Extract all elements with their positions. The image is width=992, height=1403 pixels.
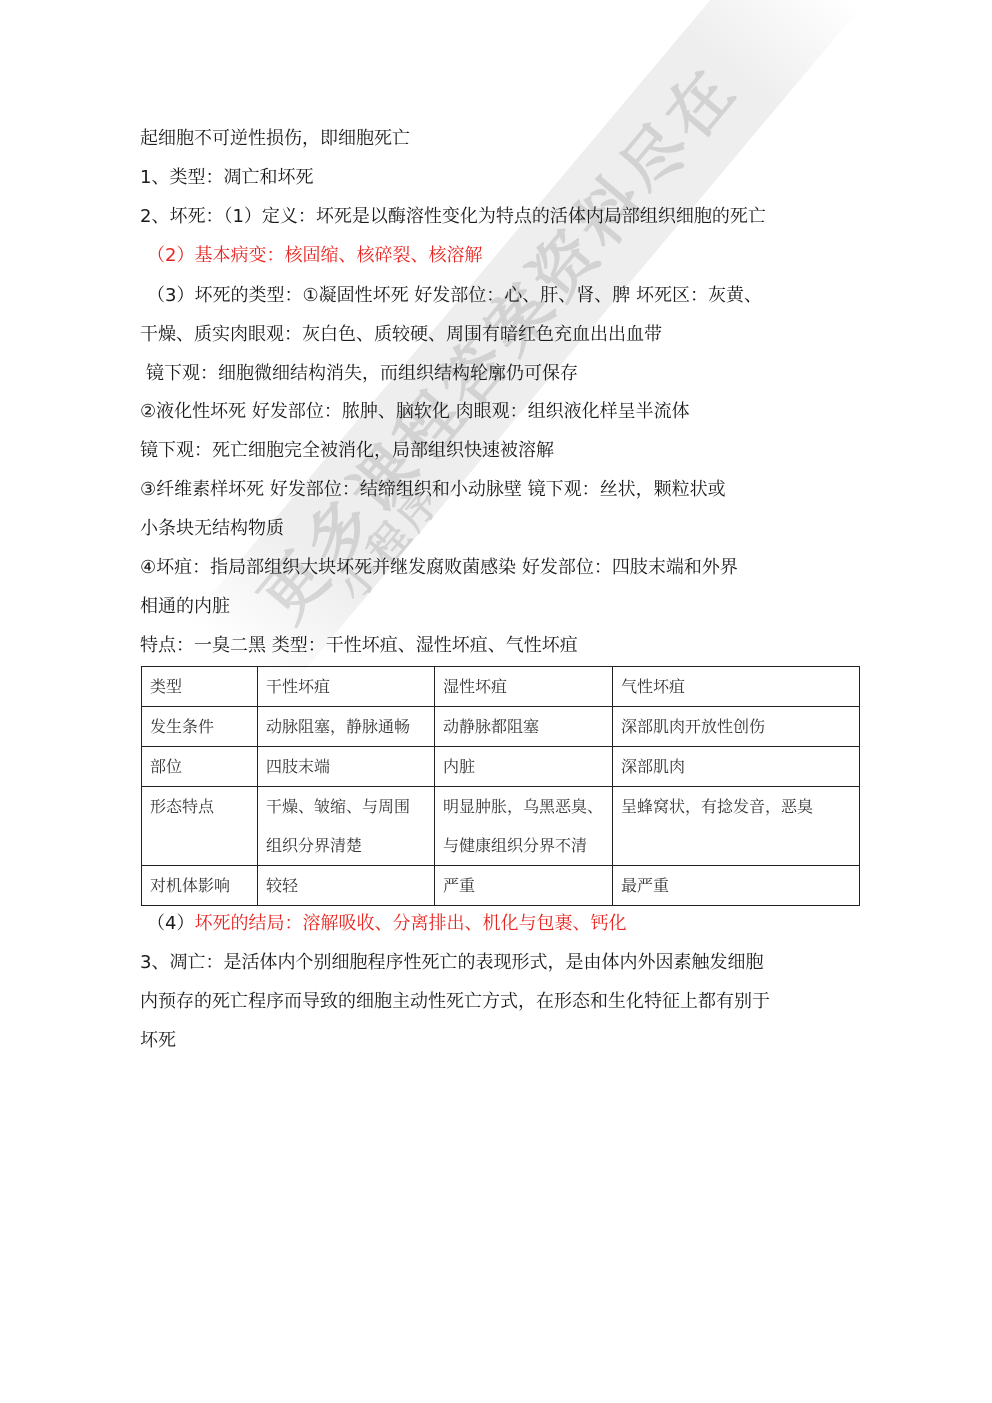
cell-line: 与健康组织分界不清	[443, 826, 604, 865]
text-line: 相通的内脏	[140, 594, 230, 620]
text-line: 特点：一臭二黑 类型：干性坏疽、湿性坏疽、气性坏疽	[140, 633, 578, 659]
table-cell: 发生条件	[142, 707, 258, 747]
outcome-prefix: （4）	[147, 913, 194, 934]
table-row: 形态特点 干燥、皱缩、与周围 组织分界清楚 明显肿胀，乌黑恶臭、 与健康组织分界…	[142, 787, 860, 866]
table-cell: 干性坏疽	[258, 667, 435, 707]
gangrene-table: 类型 干性坏疽 湿性坏疽 气性坏疽 发生条件 动脉阻塞，静脉通畅 动静脉都阻塞 …	[141, 666, 860, 906]
table-cell: 深部肌肉开放性创伤	[613, 707, 860, 747]
watermark-band	[190, 0, 860, 697]
text-line: ②液化性坏死 好发部位：脓肿、脑软化 肉眼观：组织液化样呈半流体	[140, 399, 690, 425]
text-line: 内预存的死亡程序而导致的细胞主动性死亡方式，在形态和生化特征上都有别于	[140, 989, 770, 1015]
table-cell: 气性坏疽	[613, 667, 860, 707]
table-cell: 呈蜂窝状，有捻发音，恶臭	[613, 787, 860, 866]
table-header-row: 类型 干性坏疽 湿性坏疽 气性坏疽	[142, 667, 860, 707]
table-row: 部位 四肢末端 内脏 深部肌肉	[142, 747, 860, 787]
cell-line: 干燥、皱缩、与周围	[266, 787, 426, 826]
text-line: 干燥、质实肉眼观：灰白色、质较硬、周围有暗红色充血出出血带	[140, 322, 662, 348]
text-line: 3、凋亡：是活体内个别细胞程序性死亡的表现形式，是由体内外因素触发细胞	[140, 950, 763, 976]
outcome-line: （4）坏死的结局：溶解吸收、分离排出、机化与包裹、钙化	[147, 911, 626, 937]
table-cell: 类型	[142, 667, 258, 707]
cell-line: 组织分界清楚	[266, 826, 426, 865]
table-cell: 形态特点	[142, 787, 258, 866]
text-line: ④坏疽：指局部组织大块坏死并继发腐败菌感染 好发部位：四肢末端和外界	[140, 555, 738, 581]
text-line: 1、类型：凋亡和坏死	[140, 165, 313, 191]
watermark: 更多课程答案资料尽在 小程序	[190, 0, 860, 697]
text-line: 2、坏死：（1）定义：坏死是以酶溶性变化为特点的活体内局部组织细胞的死亡	[140, 204, 766, 230]
table-cell: 明显肿胀，乌黑恶臭、 与健康组织分界不清	[435, 787, 613, 866]
table-cell: 干燥、皱缩、与周围 组织分界清楚	[258, 787, 435, 866]
text-line: 镜下观：细胞微细结构消失，而组织结构轮廓仍可保存	[146, 361, 578, 387]
table-cell: 深部肌肉	[613, 747, 860, 787]
outcome-text: 坏死的结局：溶解吸收、分离排出、机化与包裹、钙化	[194, 913, 626, 934]
table-cell: 四肢末端	[258, 747, 435, 787]
text-line: 镜下观：死亡细胞完全被消化，局部组织快速被溶解	[140, 438, 554, 464]
text-line: 坏死	[140, 1028, 176, 1054]
table-cell: 内脏	[435, 747, 613, 787]
table-row: 对机体影响 较轻 严重 最严重	[142, 866, 860, 906]
table-cell: 动静脉都阻塞	[435, 707, 613, 747]
text-line: 起细胞不可逆性损伤，即细胞死亡	[140, 126, 410, 152]
table-cell: 部位	[142, 747, 258, 787]
table-row: 发生条件 动脉阻塞，静脉通畅 动静脉都阻塞 深部肌肉开放性创伤	[142, 707, 860, 747]
table-cell: 较轻	[258, 866, 435, 906]
table-cell: 对机体影响	[142, 866, 258, 906]
basic-lesion-line: （2）基本病变：核固缩、核碎裂、核溶解	[147, 243, 482, 269]
table-cell: 严重	[435, 866, 613, 906]
text-line: 小条块无结构物质	[140, 516, 284, 542]
table-cell: 最严重	[613, 866, 860, 906]
cell-line: 明显肿胀，乌黑恶臭、	[443, 787, 604, 826]
table-cell: 动脉阻塞，静脉通畅	[258, 707, 435, 747]
text-line: （3）坏死的类型：①凝固性坏死 好发部位：心、肝、肾、脾 坏死区：灰黄、	[147, 283, 762, 309]
text-line: ③纤维素样坏死 好发部位：结缔组织和小动脉壁 镜下观：丝状，颗粒状或	[140, 477, 726, 503]
table-cell: 湿性坏疽	[435, 667, 613, 707]
